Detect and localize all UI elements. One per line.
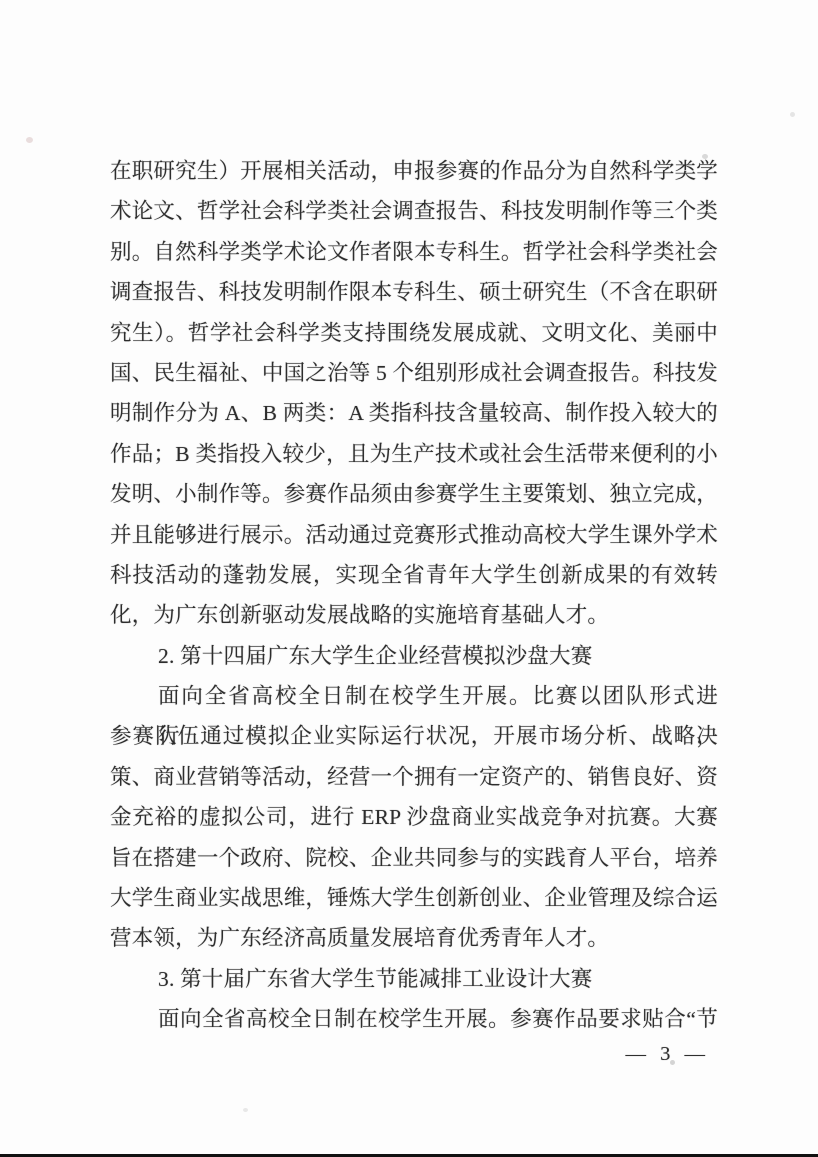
text-line: 并且能够进行展示。活动通过竞赛形式推动高校大学生课外学术: [110, 515, 718, 555]
text-line: 面向全省高校全日制在校学生开展。参赛作品要求贴合“节: [110, 999, 718, 1039]
scan-speck: [790, 112, 795, 117]
scan-speck: [702, 154, 708, 159]
scan-speck: [670, 1060, 675, 1065]
text-line: 术论文、哲学社会科学类社会调查报告、科技发明制作等三个类: [110, 191, 718, 231]
text-line: 在职研究生）开展相关活动，申报参赛的作品分为自然科学类学: [110, 151, 718, 191]
text-line: 面向全省高校全日制在校学生开展。比赛以团队形式进行，: [110, 676, 718, 716]
text-line: 明制作分为 A、B 两类：A 类指科技含量较高、制作投入较大的: [110, 393, 718, 433]
text-line: 别。自然科学类学术论文作者限本专科生。哲学社会科学类社会: [110, 232, 718, 272]
section-heading-line: 2. 第十四届广东大学生企业经营模拟沙盘大赛: [110, 636, 718, 676]
document-body: 在职研究生）开展相关活动，申报参赛的作品分为自然科学类学 术论文、哲学社会科学类…: [110, 151, 718, 1040]
section-heading-line: 3. 第十届广东省大学生节能减排工业设计大赛: [110, 959, 718, 999]
scan-speck: [26, 137, 33, 143]
text-line: 作品；B 类指投入较少，且为生产技术或社会生活带来便利的小: [110, 434, 718, 474]
text-line: 国、民生福祉、中国之治等 5 个组别形成社会调查报告。科技发: [110, 353, 718, 393]
text-line: 大学生商业实战思维，锤炼大学生创新创业、企业管理及综合运: [110, 878, 718, 918]
text-line: 旨在搭建一个政府、院校、企业共同参与的实践育人平台，培养: [110, 838, 718, 878]
text-line: 发明、小制作等。参赛作品须由参赛学生主要策划、独立完成，: [110, 474, 718, 514]
document-page: 在职研究生）开展相关活动，申报参赛的作品分为自然科学类学 术论文、哲学社会科学类…: [0, 0, 818, 1157]
text-line: 调查报告、科技发明制作限本专科生、硕士研究生（不含在职研: [110, 272, 718, 312]
scan-speck: [243, 1108, 248, 1112]
text-line: 究生）。哲学社会科学类支持围绕发展成就、文明文化、美丽中: [110, 313, 718, 353]
page-number: — 3 —: [626, 1040, 707, 1068]
text-line: 化，为广东创新驱动发展战略的实施培育基础人才。: [110, 595, 718, 635]
text-line: 金充裕的虚拟公司，进行 ERP 沙盘商业实战竞争对抗赛。大赛: [110, 797, 718, 837]
text-line: 科技活动的蓬勃发展，实现全省青年大学生创新成果的有效转: [110, 555, 718, 595]
text-line: 策、商业营销等活动，经营一个拥有一定资产的、销售良好、资: [110, 757, 718, 797]
text-line: 营本领，为广东经济高质量发展培育优秀青年人才。: [110, 918, 718, 958]
text-line: 参赛队伍通过模拟企业实际运行状况，开展市场分析、战略决: [110, 716, 718, 756]
